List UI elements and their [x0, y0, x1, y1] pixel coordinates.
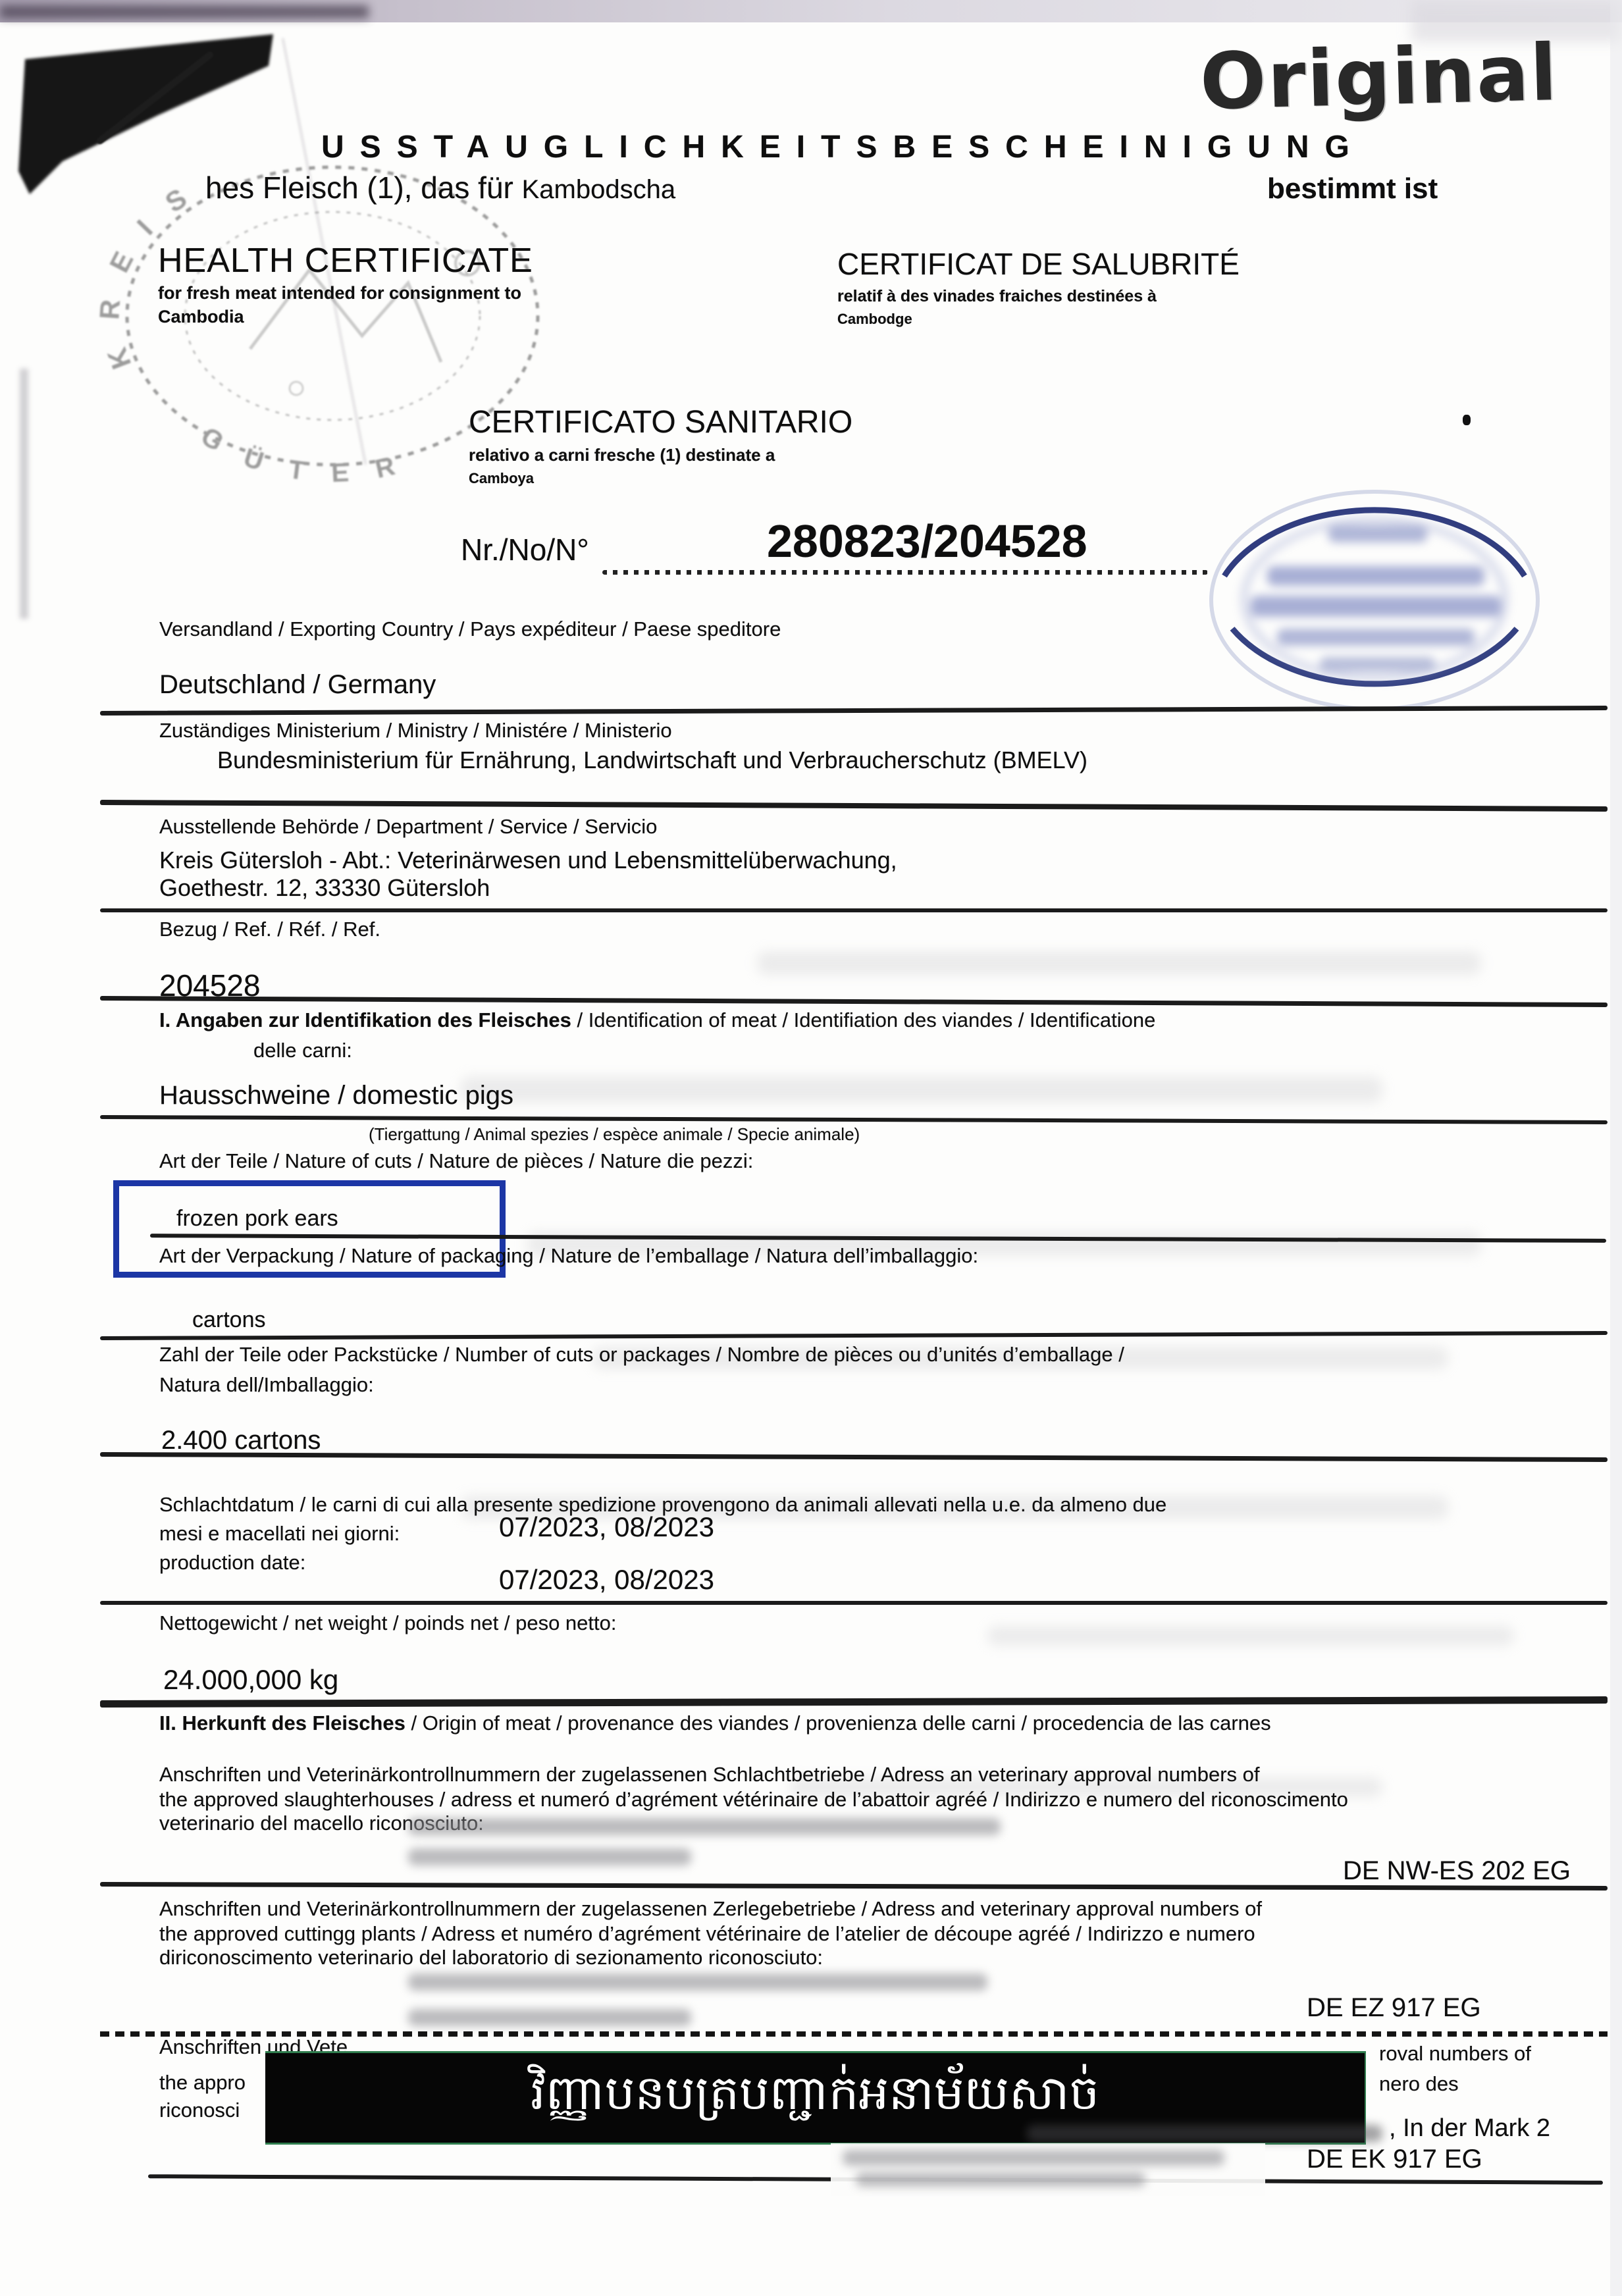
- divider: [100, 996, 1608, 1007]
- count-label-line1: Zahl der Teile oder Packstücke / Number …: [159, 1343, 1124, 1367]
- subtitle-french: relatif à des vinades fraiches destinées…: [837, 287, 1157, 306]
- bleed-artifact: [461, 1076, 1382, 1103]
- cutting-label-line3: diriconoscimento veterinario del laborat…: [159, 1946, 823, 1970]
- subtitle-german-country: Kambodscha: [522, 175, 675, 204]
- authority-value-line2: Goethestr. 12, 33330 Gütersloh: [159, 874, 490, 902]
- net-weight-value: 24.000,000 kg: [163, 1664, 338, 1696]
- khmer-banner-text: វិញ្ញាបនបត្របញ្ជាក់អនាម័យសាច់: [531, 2064, 1099, 2133]
- title-english: HEALTH CERTIFICATE: [158, 241, 533, 280]
- title-german: USSTAUGLICHKEITSBESCHEINIGUNG: [321, 129, 1365, 165]
- slaughterhouses-label-line1: Anschriften und Veterinärkontrollnummern…: [159, 1763, 1260, 1787]
- original-stamp-text: Original: [1199, 27, 1559, 127]
- coldstore-approval-number: DE EK 917 EG: [1307, 2145, 1482, 2174]
- dotted-line: [602, 570, 1208, 575]
- certificate-number-label: Nr./No/N°: [461, 532, 589, 567]
- bleed-artifact: [757, 951, 1481, 975]
- section1-heading: I. Angaben zur Identifikation des Fleisc…: [159, 1008, 1155, 1032]
- ministry-label: Zuständiges Ministerium / Ministry / Min…: [159, 719, 672, 743]
- divider: [100, 1601, 1608, 1605]
- coldstore-fragment-left3: riconosci: [159, 2099, 240, 2122]
- certificate-number-value: 280823/204528: [767, 515, 1087, 567]
- subtitle-italian: relativo a carni fresche (1) destinate a: [469, 445, 775, 465]
- country-italian: Camboya: [469, 470, 534, 487]
- subtitle-english: for fresh meat intended for consignment …: [158, 283, 521, 303]
- count-label-line2: Natura dell/Imballaggio:: [159, 1373, 374, 1397]
- section2-heading-rest: / Origin of meat / provenance des viande…: [405, 1711, 1271, 1735]
- packaging-label: Art der Verpackung / Nature of packaging…: [159, 1244, 978, 1268]
- net-weight-label: Nettogewicht / net weight / poinds net /…: [159, 1611, 617, 1635]
- production-date-label: production date:: [159, 1551, 305, 1575]
- subtitle-german-right: bestimmt ist: [1267, 172, 1438, 205]
- species-note: (Tiergattung / Animal spezies / espèce a…: [369, 1124, 860, 1145]
- reference-label: Bezug / Ref. / Réf. / Ref.: [159, 918, 380, 941]
- slaughter-date-value: 07/2023, 08/2023: [499, 1511, 714, 1543]
- divider: [100, 1452, 1608, 1462]
- section1-heading-rest: / Identification of meat / Identifiation…: [571, 1008, 1155, 1031]
- redacted-text: [408, 2009, 691, 2026]
- scan-artifact-left-mark: [20, 369, 28, 619]
- scan-artifact-right-edge: [1610, 0, 1622, 2296]
- divider: [100, 1331, 1608, 1340]
- redacted-text: [1027, 2125, 1382, 2142]
- redacted-text: [856, 2172, 1145, 2187]
- divider: [100, 908, 1608, 912]
- title-italian: CERTIFICATO SANITARIO: [469, 404, 852, 440]
- slaughterhouses-label-line2: the approved slaughterhouses / adress et…: [159, 1788, 1348, 1812]
- section1-heading-bold: I. Angaben zur Identifikation des Fleisc…: [159, 1008, 571, 1031]
- divider: [100, 1696, 1608, 1708]
- redacted-text: [843, 2150, 1224, 2166]
- round-stamp-bottom-text: G Ü T E R: [196, 422, 408, 488]
- cutting-approval-number: DE EZ 917 EG: [1307, 1993, 1481, 2023]
- bleed-artifact: [987, 1626, 1514, 1646]
- slaughter-label-line2: mesi e macellati nei giorni:: [159, 1522, 400, 1546]
- subtitle-german: hes Fleisch (1), das für Kambodscha: [205, 170, 675, 205]
- ink-dot-artifact: [1463, 415, 1471, 425]
- coldstore-fragment-right2: nero des: [1379, 2072, 1459, 2096]
- divider: [100, 800, 1608, 812]
- blue-oval-stamp: [1205, 487, 1547, 717]
- exporting-country-label: Versandland / Exporting Country / Pays e…: [159, 617, 781, 641]
- cutting-label-line2: the approved cuttingg plants / Adress et…: [159, 1922, 1255, 1946]
- redacted-text: [408, 1818, 1001, 1835]
- section2-heading: II. Herkunft des Fleisches / Origin of m…: [159, 1711, 1271, 1735]
- section2-heading-bold: II. Herkunft des Fleisches: [159, 1711, 405, 1735]
- country-french: Cambodge: [837, 311, 912, 328]
- country-english: Cambodia: [158, 307, 244, 327]
- exporting-country-value: Deutschland / Germany: [159, 670, 436, 700]
- scanned-health-certificate: K R E I S G Ü T E R Original USSTAUGLICH…: [0, 0, 1622, 2296]
- redacted-text: [408, 1973, 987, 1991]
- cutting-label-line1: Anschriften und Veterinärkontrollnummern…: [159, 1897, 1262, 1921]
- coldstore-fragment-right1: roval numbers of: [1379, 2042, 1531, 2066]
- authority-value-line1: Kreis Gütersloh - Abt.: Veterinärwesen u…: [159, 847, 897, 874]
- packaging-value: cartons: [192, 1307, 266, 1333]
- production-date-value: 07/2023, 08/2023: [499, 1564, 714, 1596]
- divider: [100, 1115, 1608, 1124]
- svg-text:G Ü T E R: G Ü T E R: [196, 422, 408, 488]
- ministry-value: Bundesministerium für Ernährung, Landwir…: [217, 746, 1087, 774]
- slaughterhouses-approval-number: DE NW-ES 202 EG: [1343, 1856, 1571, 1886]
- cuts-value: frozen pork ears: [176, 1206, 338, 1232]
- coldstore-address-visible: , In der Mark 2: [1389, 2114, 1550, 2143]
- coldstore-fragment-left2: the appro: [159, 2071, 246, 2095]
- redacted-text: [408, 1848, 691, 1865]
- section1-heading-line2: delle carni:: [253, 1039, 352, 1062]
- authority-label: Ausstellende Behörde / Department / Serv…: [159, 815, 657, 839]
- cuts-label: Art der Teile / Nature of cuts / Nature …: [159, 1149, 753, 1173]
- count-value: 2.400 cartons: [161, 1426, 321, 1455]
- subtitle-german-left: hes Fleisch (1), das für: [205, 170, 513, 205]
- species-value: Hausschweine / domestic pigs: [159, 1081, 513, 1110]
- title-french: CERTIFICAT DE SALUBRITÉ: [837, 246, 1240, 282]
